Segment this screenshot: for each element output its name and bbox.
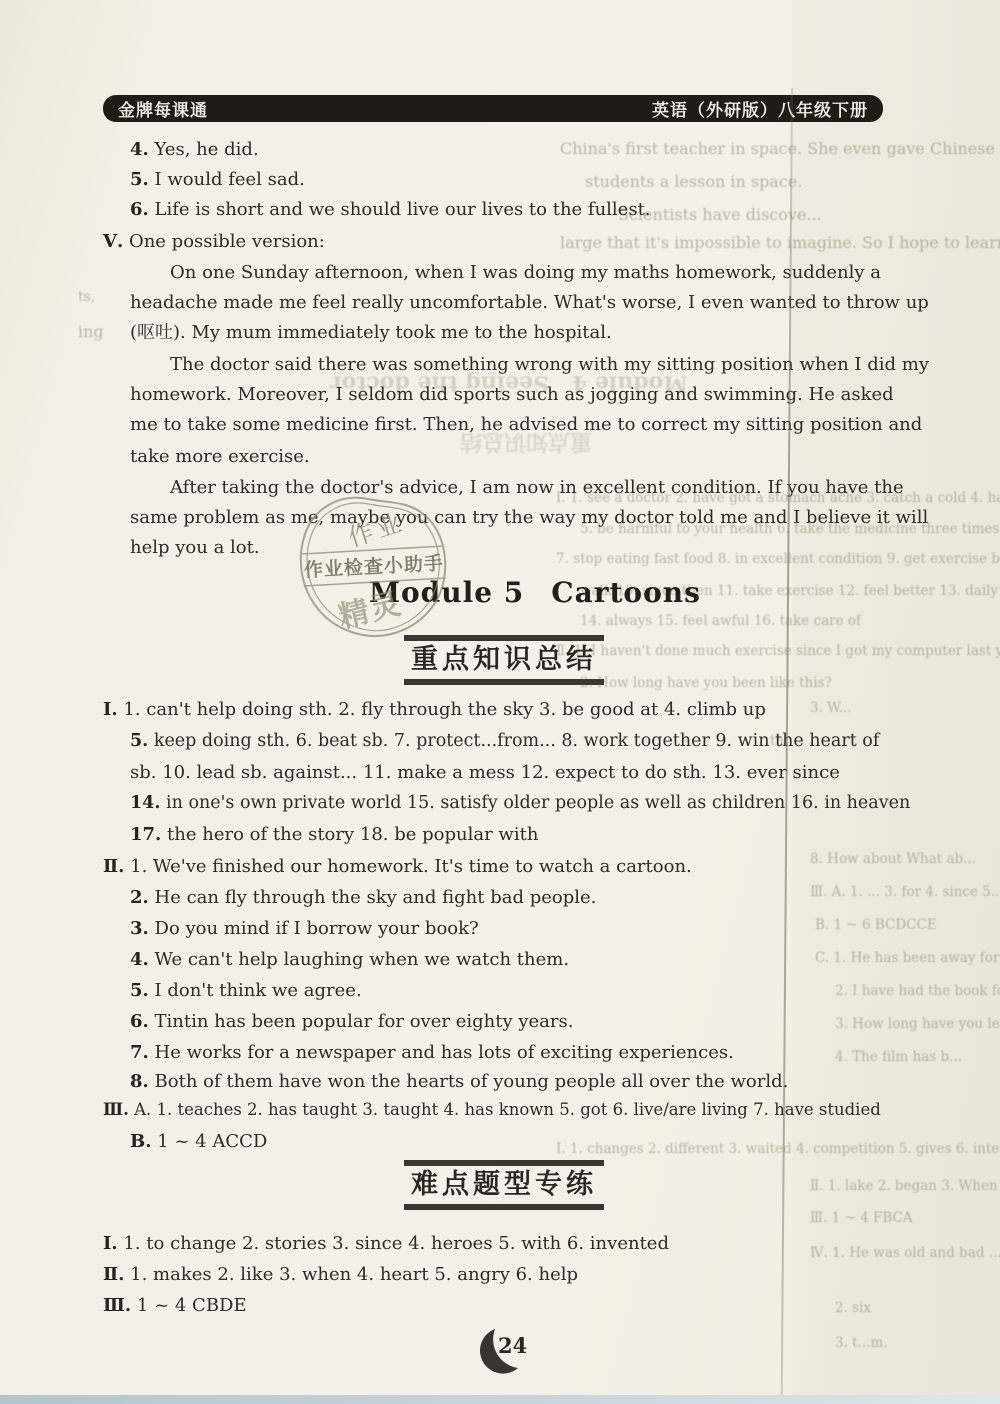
line-text: Life is short and we should live our liv… (149, 199, 651, 220)
module-title: Cartoons (551, 576, 701, 609)
page-number-block: 24 (474, 1326, 544, 1384)
box-rule-top (404, 1160, 604, 1166)
line-marker: 7. (130, 1042, 149, 1063)
box-rule-bottom (404, 679, 604, 685)
text-line: 6. Tintin has been popular for over eigh… (130, 1011, 573, 1033)
text-line: Ⅰ. 1. to change 2. stories 3. since 4. h… (103, 1233, 669, 1255)
section-title-difficult-practice: 难点题型专练 (404, 1170, 604, 1200)
text-line: The doctor said there was something wron… (170, 354, 929, 376)
line-text: 1. to change 2. stories 3. since 4. hero… (118, 1233, 669, 1254)
text-line: me to take some medicine first. Then, he… (130, 414, 922, 436)
text-line: Ⅲ. 1 ~ 4 CBDE (103, 1295, 247, 1317)
text-line: help you a lot. (130, 537, 260, 559)
line-marker: Ⅰ. (103, 699, 118, 720)
line-marker: 4. (130, 139, 149, 160)
section-box-difficult-practice: 难点题型专练 (404, 1160, 604, 1210)
line-text: help you a lot. (130, 537, 260, 558)
text-line: Ⅲ. A. 1. teaches 2. has taught 3. taught… (103, 1100, 881, 1120)
line-marker: Ⅲ. (103, 1100, 129, 1119)
line-marker: 17. (130, 824, 161, 845)
line-marker: Ⅰ. (103, 1233, 118, 1254)
text-line: 7. He works for a newspaper and has lots… (130, 1042, 734, 1064)
line-text: He can fly through the sky and fight bad… (149, 887, 597, 908)
line-text: Yes, he did. (149, 139, 259, 160)
page-root: 金牌每课通 英语（外研版）八年级下册 China's first teacher… (0, 0, 1000, 1404)
line-text: I would feel sad. (149, 169, 305, 190)
box-rule-bottom (404, 1204, 604, 1210)
text-line: B. 1 ~ 4 ACCD (130, 1131, 267, 1153)
line-text: On one Sunday afternoon, when I was doin… (170, 262, 881, 283)
text-line: Ⅱ. 1. We've finished our homework. It's … (103, 856, 692, 878)
text-line: Ⅱ. 1. makes 2. like 3. when 4. heart 5. … (103, 1264, 578, 1286)
line-marker: 4. (130, 949, 149, 970)
line-marker: 14. (130, 793, 160, 813)
line-text: in one's own private world 15. satisfy o… (160, 793, 910, 813)
line-text: After taking the doctor's advice, I am n… (170, 477, 904, 498)
section-title-key-points: 重点知识总结 (404, 645, 604, 675)
line-text: 1 ~ 4 ACCD (151, 1131, 267, 1152)
text-line: sb. 10. lead sb. against... 11. make a m… (130, 762, 840, 784)
line-text: 1. can't help doing sth. 2. fly through … (118, 699, 766, 720)
line-text: I don't think we agree. (149, 980, 362, 1001)
scan-bottom-strip (0, 1395, 1000, 1404)
line-text: headache made me feel really uncomfortab… (130, 292, 929, 313)
line-text: We can't help laughing when we watch the… (149, 949, 569, 970)
stamp-top-text: 作业 (345, 507, 409, 553)
line-text: He works for a newspaper and has lots of… (149, 1042, 734, 1063)
text-line: same problem as me, maybe you can try th… (130, 507, 928, 529)
line-marker: 6. (130, 1011, 149, 1032)
text-line: 4. We can't help laughing when we watch … (130, 949, 569, 971)
line-marker: Ⅱ. (103, 856, 124, 877)
line-marker: Ⅴ. (103, 231, 123, 252)
line-text: 1. We've finished our homework. It's tim… (124, 856, 691, 877)
line-marker: Ⅱ. (103, 1264, 124, 1285)
line-text: (呕吐). My mum immediately took me to the … (130, 322, 612, 343)
stamp-band-text: 作业检查小助手 (303, 551, 444, 581)
text-line: headache made me feel really uncomfortab… (130, 292, 929, 314)
text-line: 5. I would feel sad. (130, 169, 305, 191)
line-text: Tintin has been popular for over eighty … (149, 1011, 574, 1032)
text-line: After taking the doctor's advice, I am n… (170, 477, 904, 499)
line-marker: Ⅲ. (103, 1295, 131, 1316)
line-text: same problem as me, maybe you can try th… (130, 507, 928, 528)
line-text: the hero of the story 18. be popular wit… (161, 824, 538, 845)
text-line: 5. I don't think we agree. (130, 980, 362, 1002)
text-line: take more exercise. (130, 446, 310, 468)
line-marker: 3. (130, 918, 149, 939)
text-line: 2. He can fly through the sky and fight … (130, 887, 596, 909)
approval-stamp: 作业 作业检查小助手 精灵 (294, 492, 456, 644)
text-line: 14. in one's own private world 15. satis… (130, 793, 910, 814)
text-line: 8. Both of them have won the hearts of y… (130, 1071, 788, 1093)
line-text: Do you mind if I borrow your book? (149, 918, 479, 939)
line-text: 1 ~ 4 CBDE (131, 1295, 246, 1316)
line-marker: 5. (130, 731, 148, 751)
line-marker: 5. (130, 980, 149, 1001)
line-marker: 6. (130, 199, 149, 220)
text-line: (呕吐). My mum immediately took me to the … (130, 322, 612, 344)
line-marker: 8. (130, 1071, 149, 1092)
text-line: 5. keep doing sth. 6. beat sb. 7. protec… (130, 731, 879, 752)
line-text: Both of them have won the hearts of youn… (149, 1071, 789, 1092)
line-text: 1. makes 2. like 3. when 4. heart 5. ang… (124, 1264, 578, 1285)
line-text: me to take some medicine first. Then, he… (130, 414, 922, 435)
text-line: homework. Moreover, I seldom did sports … (130, 384, 894, 406)
text-line: 6. Life is short and we should live our … (130, 199, 651, 221)
line-text: The doctor said there was something wron… (170, 354, 929, 375)
text-line: Ⅰ. 1. can't help doing sth. 2. fly throu… (103, 699, 766, 721)
line-text: A. 1. teaches 2. has taught 3. taught 4.… (129, 1100, 881, 1119)
text-line: 17. the hero of the story 18. be popular… (130, 824, 538, 846)
line-marker: 2. (130, 887, 149, 908)
text-line: 4. Yes, he did. (130, 139, 259, 161)
line-marker: B. (130, 1131, 151, 1152)
line-text: sb. 10. lead sb. against... 11. make a m… (130, 762, 840, 783)
text-line: 3. Do you mind if I borrow your book? (130, 918, 479, 940)
line-text: homework. Moreover, I seldom did sports … (130, 384, 894, 405)
line-text: keep doing sth. 6. beat sb. 7. protect..… (148, 731, 879, 751)
line-text: take more exercise. (130, 446, 310, 467)
page-number: 24 (498, 1333, 527, 1358)
text-line: Ⅴ. One possible version: (103, 231, 325, 253)
line-marker: 5. (130, 169, 149, 190)
line-text: One possible version: (123, 231, 325, 252)
text-line: On one Sunday afternoon, when I was doin… (170, 262, 881, 284)
